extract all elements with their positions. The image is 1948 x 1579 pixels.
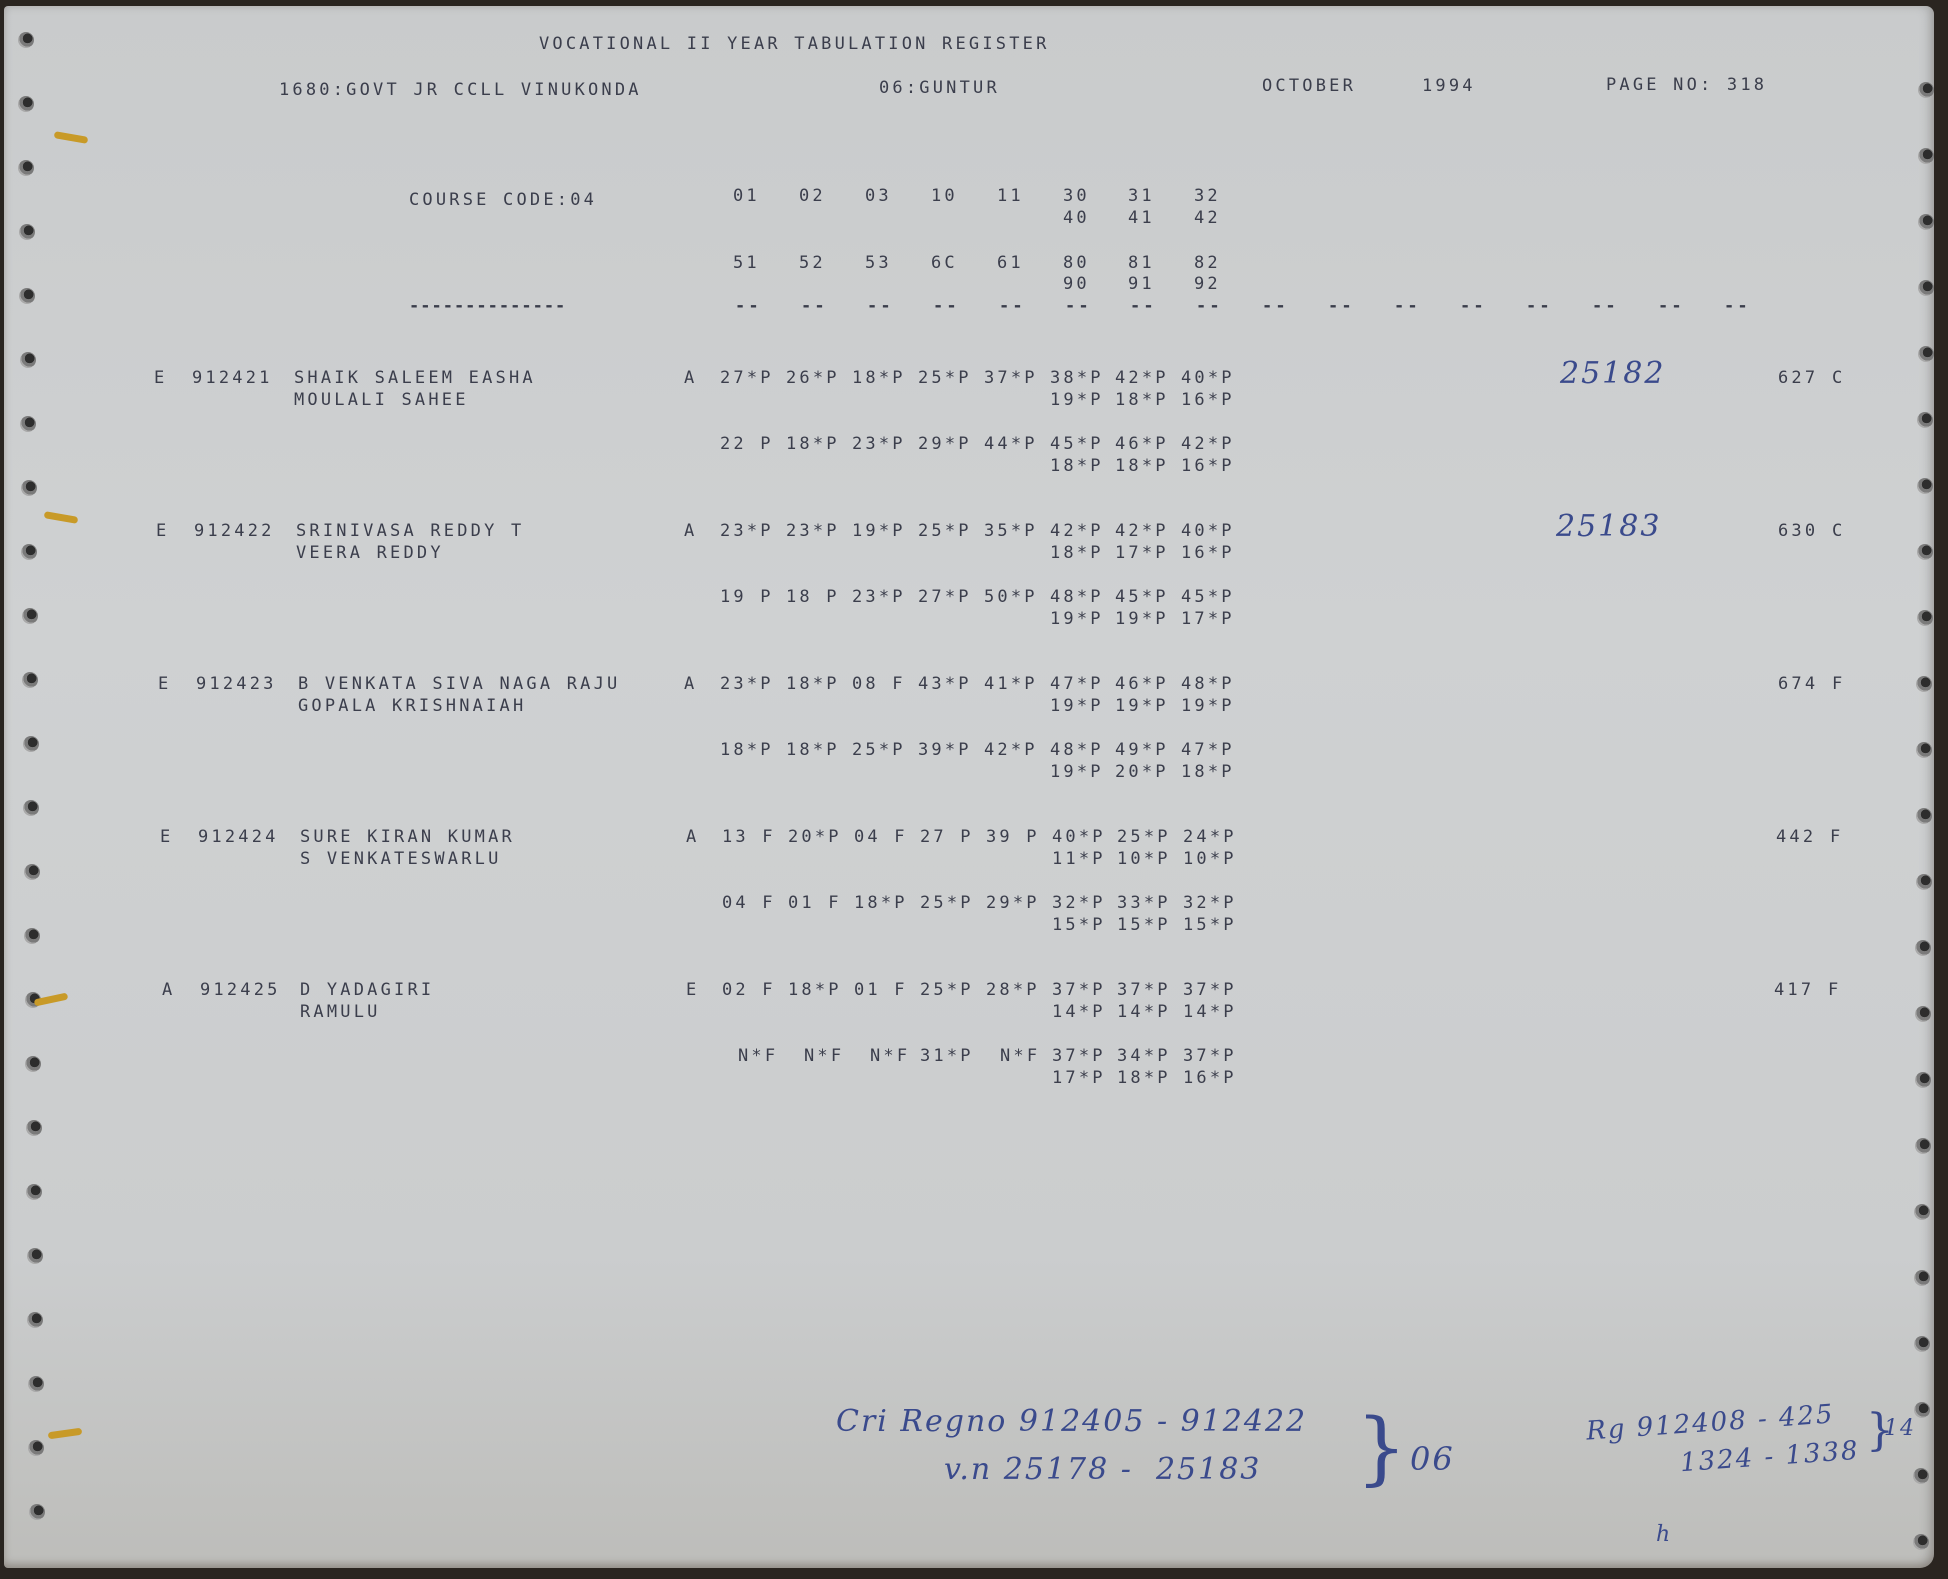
student-record: E 912424 SURE KIRAN KUMAR S VENKATESWARL… <box>4 821 1934 951</box>
feed-hole-icon <box>23 736 39 752</box>
binding-tag-icon <box>54 131 89 144</box>
feed-hole-icon <box>28 1440 44 1456</box>
course-code-label: COURSE CODE:04 <box>409 190 597 210</box>
handwritten-line: 1324 - 1338 <box>1679 1436 1860 1478</box>
feed-hole-icon <box>24 864 40 880</box>
student-regno: 912424 <box>198 827 279 847</box>
feed-hole-icon <box>1918 214 1934 230</box>
student-father-name: S VENKATESWARLU <box>300 849 502 869</box>
feed-hole-icon <box>21 480 37 496</box>
student-name: B VENKATA SIVA NAGA RAJU <box>298 674 620 694</box>
handwritten-serial: 25182 <box>1560 356 1665 391</box>
feed-hole-icon <box>18 32 34 48</box>
student-result: C <box>1832 521 1845 541</box>
feed-hole-icon <box>25 1056 41 1072</box>
student-medium: A <box>684 674 697 694</box>
feed-hole-icon <box>21 544 37 560</box>
student-status: E <box>156 521 169 541</box>
student-status: A <box>162 980 175 1000</box>
student-result: F <box>1832 674 1845 694</box>
feed-hole-icon <box>28 1376 44 1392</box>
feed-hole-icon <box>1916 676 1932 692</box>
student-status: E <box>154 368 167 388</box>
student-name: SHAIK SALEEM EASHA <box>294 368 536 388</box>
exam-month: OCTOBER <box>1262 76 1356 96</box>
student-result: F <box>1830 827 1843 847</box>
exam-year: 1994 <box>1422 76 1476 96</box>
feed-hole-icon <box>1916 742 1932 758</box>
student-record: A 912425 D YADAGIRI RAMULU E 02 F 18*P 0… <box>4 974 1934 1104</box>
student-total: 674 <box>1778 674 1818 694</box>
feed-hole-icon <box>1914 1402 1930 1418</box>
feed-hole-icon <box>1918 82 1934 98</box>
feed-hole-icon <box>18 96 34 112</box>
feed-hole-icon <box>19 224 35 240</box>
handwritten-line: Cri Regno 912405 - 912422 <box>836 1404 1307 1439</box>
student-status: E <box>160 827 173 847</box>
student-father-name: RAMULU <box>300 1002 381 1022</box>
feed-hole-icon <box>19 288 35 304</box>
student-result: F <box>1828 980 1841 1000</box>
student-regno: 912425 <box>200 980 281 1000</box>
feed-hole-icon <box>23 800 39 816</box>
feed-hole-icon <box>26 1120 42 1136</box>
student-regno: 912422 <box>194 521 275 541</box>
feed-hole-icon <box>1914 1270 1930 1286</box>
student-total: 627 <box>1778 368 1818 388</box>
feed-hole-icon <box>1914 1204 1930 1220</box>
student-total: 630 <box>1778 521 1818 541</box>
binding-tag-icon <box>48 1428 83 1440</box>
feed-hole-icon <box>20 352 36 368</box>
feed-hole-icon <box>1917 610 1933 626</box>
student-father-name: VEERA REDDY <box>296 543 444 563</box>
student-father-name: GOPALA KRISHNAIAH <box>298 696 526 716</box>
student-name: SRINIVASA REDDY T <box>296 521 524 541</box>
feed-hole-icon <box>1917 412 1933 428</box>
student-medium: A <box>684 368 697 388</box>
feed-hole-icon <box>27 1312 43 1328</box>
student-name: SURE KIRAN KUMAR <box>300 827 515 847</box>
handwritten-line: v.n 25178 - 25183 <box>944 1452 1261 1487</box>
feed-hole-icon <box>1917 544 1933 560</box>
brace-icon: } <box>1356 1408 1407 1488</box>
student-regno: 912421 <box>192 368 273 388</box>
feed-hole-icon <box>1914 1336 1930 1352</box>
page-number: PAGE NO: 318 <box>1606 75 1767 95</box>
feed-hole-icon <box>1916 874 1932 890</box>
college-name: 1680:GOVT JR CCLL VINUKONDA <box>279 80 642 100</box>
student-status: E <box>158 674 171 694</box>
student-total: 442 <box>1776 827 1816 847</box>
student-father-name: MOULALI SAHEE <box>294 390 469 410</box>
handwritten-initial: h <box>1656 1522 1672 1547</box>
feed-hole-icon <box>1913 1468 1929 1484</box>
student-result: C <box>1832 368 1845 388</box>
feed-hole-icon <box>1915 1006 1931 1022</box>
handwritten-count: 14 <box>1884 1416 1916 1441</box>
district-name: 06:GUNTUR <box>879 78 1000 98</box>
feed-hole-icon <box>29 1504 45 1520</box>
feed-hole-icon <box>22 608 38 624</box>
feed-hole-icon <box>27 1248 43 1264</box>
student-record: E 912421 SHAIK SALEEM EASHA MOULALI SAHE… <box>4 362 1934 492</box>
feed-hole-icon <box>26 1184 42 1200</box>
feed-hole-icon <box>18 160 34 176</box>
feed-hole-icon <box>1915 940 1931 956</box>
feed-hole-icon <box>1918 280 1934 296</box>
feed-hole-icon <box>24 928 40 944</box>
handwritten-count: 06 <box>1410 1440 1455 1478</box>
feed-hole-icon <box>1918 148 1934 164</box>
student-medium: E <box>686 980 699 1000</box>
register-page: VOCATIONAL II YEAR TABULATION REGISTER 1… <box>4 6 1934 1568</box>
feed-hole-icon <box>1916 808 1932 824</box>
feed-hole-icon <box>20 416 36 432</box>
student-total: 417 <box>1774 980 1814 1000</box>
feed-hole-icon <box>1917 478 1933 494</box>
feed-hole-icon <box>1915 1138 1931 1154</box>
student-medium: A <box>686 827 699 847</box>
feed-hole-icon <box>22 672 38 688</box>
feed-hole-icon <box>1915 1072 1931 1088</box>
student-regno: 912423 <box>196 674 277 694</box>
feed-hole-icon <box>1913 1534 1929 1550</box>
student-medium: A <box>684 521 697 541</box>
register-title: VOCATIONAL II YEAR TABULATION REGISTER <box>539 34 1050 54</box>
handwritten-serial: 25183 <box>1556 509 1661 544</box>
student-record: E 912423 B VENKATA SIVA NAGA RAJU GOPALA… <box>4 668 1934 798</box>
feed-hole-icon <box>1918 346 1934 362</box>
student-name: D YADAGIRI <box>300 980 434 1000</box>
student-record: E 912422 SRINIVASA REDDY T VEERA REDDY A… <box>4 515 1934 645</box>
